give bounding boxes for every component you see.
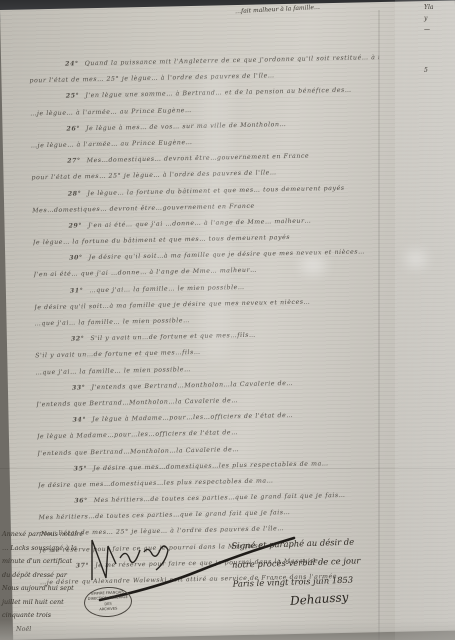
fold-crease-horizontal <box>0 468 455 469</box>
bottom-edge <box>0 620 455 640</box>
glass-glare <box>405 250 427 268</box>
right-page-marks: Yla y — 5 <box>424 2 433 76</box>
glass-glare <box>300 255 326 275</box>
certification-note: Signé et paraphé au désir de notre procè… <box>231 531 393 594</box>
glass-reflection <box>200 60 230 360</box>
adjacent-page-strip <box>395 0 455 640</box>
